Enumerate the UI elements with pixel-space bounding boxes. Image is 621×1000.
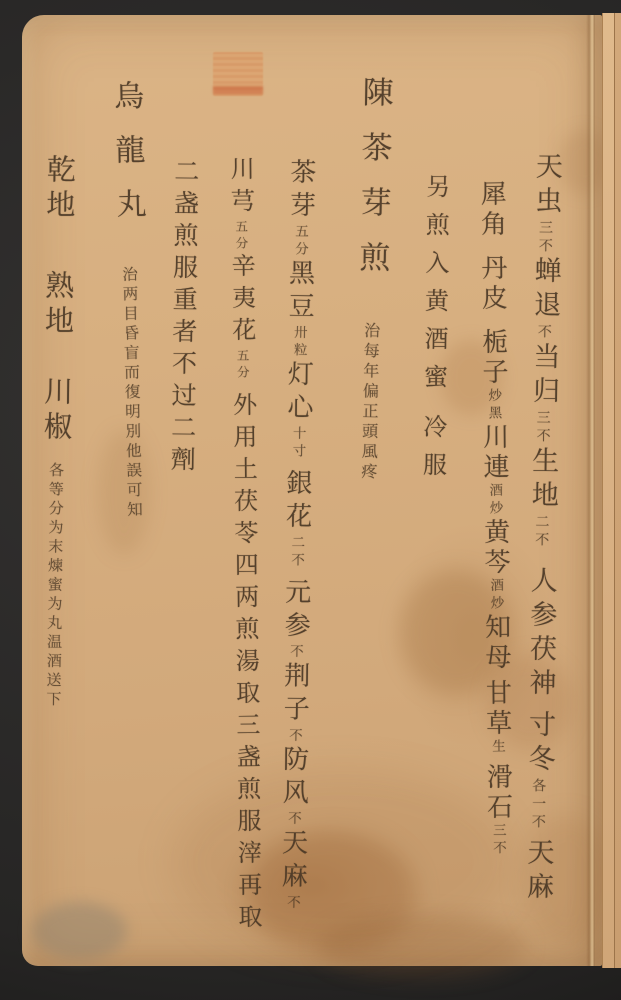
photo-background: 天虫三不蝉退不当归三不生地二不人参茯神寸冬各一不天麻犀角丹皮栀子炒黑川連酒炒黄芩… [0,0,621,1000]
drug-name-text: 另煎入黄酒蜜 [419,174,450,402]
annotation-text: 五分 [235,349,250,382]
annotation-text: 三不 [490,823,506,858]
drug-name-text: 川椒 [39,376,74,446]
annotation-text: 各一不 [530,778,547,832]
drug-name-text: 丹皮 [477,254,508,314]
annotation-text: 治每年偏正頭風疼 [358,322,380,483]
drug-name-text: 蝉退 [529,256,561,324]
annotation-text: 不 [286,728,302,746]
drug-name-text: 知母 [481,613,512,673]
drug-name-text: 灯心 [283,360,314,426]
annotation-text: 生 [489,739,505,757]
drug-name-text: 乾地 [42,154,77,224]
drug-name-text: 荆子 [279,661,310,727]
annotation-text: 炒黑 [485,388,501,423]
drug-name-text: 滑石 [482,762,513,822]
annotation-text: 不 [285,811,301,829]
drug-name-text: 茶芽 [285,158,316,224]
drug-name-text: 生地 [527,446,559,514]
drug-name-text: 冷服 [418,414,447,490]
drug-name-text: 犀角 [476,180,507,240]
drug-name-text: 熟地 [41,270,76,340]
drug-name-text: 寸冬 [523,710,555,778]
page-crease [586,15,595,966]
annotation-text: 不 [287,644,303,662]
drug-name-text: 外用土茯苓四两煎湯取三盏煎服滓再取 [228,392,262,936]
annotation-text: 五分 [234,220,249,253]
seal-stamp [213,52,263,96]
page-edge-strip [614,13,621,968]
annotation-text: 不 [536,324,552,342]
drug-name-text: 当归 [528,342,560,410]
drug-name-text: 川連 [479,423,510,483]
drug-name-text: 防风 [278,745,309,811]
annotation-text: 各等分为末煉蜜为丸温酒送下 [44,462,65,710]
annotation-text: 卅粒 [291,325,307,360]
drug-name-text: 天麻 [522,838,554,906]
drug-name-text: 栀子 [478,328,509,388]
annotation-text: 二不 [288,535,304,570]
annotation-text: 酒炒 [487,578,503,613]
drug-name-text: 茯神 [524,634,556,702]
drug-name-text: 烏龍丸 [108,80,146,243]
annotation-text: 治两目昏盲而復明別他誤可知 [120,266,143,521]
annotation-text: 三不 [534,410,550,446]
drug-name-text: 黄芩 [480,518,511,578]
drug-name-text: 元参 [280,578,311,644]
drug-name-text: 陳茶芽煎 [353,76,393,297]
drug-name-text: 天麻 [277,829,308,895]
annotation-text: 五分 [292,224,308,259]
drug-name-text: 人参 [525,566,557,634]
drug-name-text: 二盏煎服重者不过二劑 [167,158,200,478]
drug-name-text: 甘草 [481,679,512,739]
drug-name-text: 銀花 [281,469,312,535]
annotation-text: 不 [284,895,300,913]
annotation-text: 十寸 [289,426,305,461]
drug-name-text: 川芎 [226,156,255,220]
drug-name-text: 辛夷花 [227,253,256,349]
annotation-text: 三不 [537,220,553,256]
annotation-text: 酒炒 [486,483,502,518]
drug-name-text: 黑豆 [284,259,315,325]
annotation-text: 二不 [533,514,549,550]
drug-name-text: 天虫 [530,152,562,220]
